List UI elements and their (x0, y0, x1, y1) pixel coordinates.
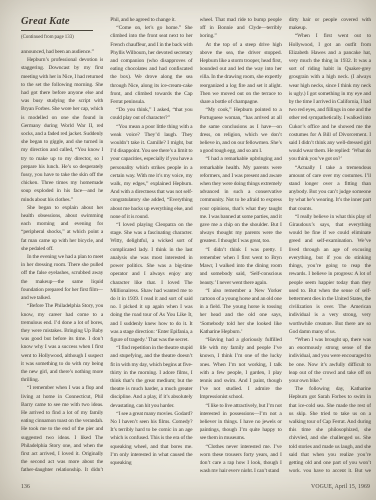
paragraph: Hepburn’s professional devotion is stagg… (21, 56, 103, 204)
paragraph: “Having had a gloriously fulfilled life … (200, 336, 282, 402)
paragraph: “Come on, let’s go home.” She climbed in… (110, 24, 192, 106)
paragraph: “When I was brought up, there was an eno… (289, 336, 371, 385)
paragraph: “I really believe in what this play of G… (289, 213, 371, 336)
paragraph: “My cook,” Hepburn pointed to a Portugue… (200, 106, 282, 155)
paragraph: “Actually I take a tremendous amount of … (289, 164, 371, 213)
paragraph: announced, had been an audience.” (21, 48, 103, 56)
paragraph: “I find repetition in the theatre stupid… (110, 344, 192, 410)
paragraph: “I also remember a New Yorker cartoon of… (200, 287, 282, 336)
paragraph: In the evening we had a plan to meet in … (21, 253, 103, 302)
continued-from-note: (Continued from page 133) (21, 34, 103, 41)
paragraph: “I didn’t think I was pretty. I remember… (200, 246, 282, 287)
page-number: 136 (21, 484, 30, 490)
paragraph: At the top of a steep drive high above t… (200, 41, 282, 107)
paragraph: “I loved playing Cleopatra on the stage.… (110, 221, 192, 344)
paragraph: Phil, and he agreed to change it. (110, 16, 192, 24)
paragraph: “Before The Philadelphia Story, you know… (21, 302, 103, 384)
paragraph: The following day, Katharine Hepburn got… (289, 385, 371, 472)
article-column-1: Great Kate (Continued from page 133) ann… (21, 16, 103, 472)
article-header: Great Kate (Continued from page 133) (21, 16, 103, 41)
article-column-2: Phil, and he agreed to change it. “Come … (110, 16, 192, 472)
paragraph: “I remember when I was a flop and living… (21, 384, 103, 472)
magazine-page: Great Kate (Continued from page 133) ann… (0, 0, 376, 500)
article-body: Great Kate (Continued from page 133) ann… (21, 16, 371, 472)
paragraph: “Do you think,” I asked, “that you could… (110, 106, 192, 122)
article-column-4: dirty hair or people covered with makeup… (289, 16, 371, 472)
paragraph: “I see a great many movies. Godard? No I… (110, 410, 192, 467)
paragraph: dirty hair or people covered with makeup… (289, 16, 371, 32)
paragraph: “Clothes never interested me. I’ve worn … (200, 443, 282, 472)
paragraph: She began to explain about her health ob… (21, 204, 103, 253)
magazine-issue: VOGUE, April 15, 1969 (311, 484, 370, 490)
page-footer: 136 VOGUE, April 15, 1969 (21, 484, 370, 490)
paragraph: “I had a remarkable upbringing and remar… (200, 155, 282, 245)
paragraph: “When I first went out to Hollywood, I g… (289, 32, 371, 163)
paragraph: wheel. That mad ride to bump people off … (200, 16, 282, 41)
article-column-3: wheel. That mad ride to bump people off … (200, 16, 282, 472)
paragraph: “I like to live attractively, but I’m no… (200, 402, 282, 443)
article-title: Great Kate (21, 16, 93, 31)
paragraph: “You mean a poor little thing with a wea… (110, 123, 192, 221)
